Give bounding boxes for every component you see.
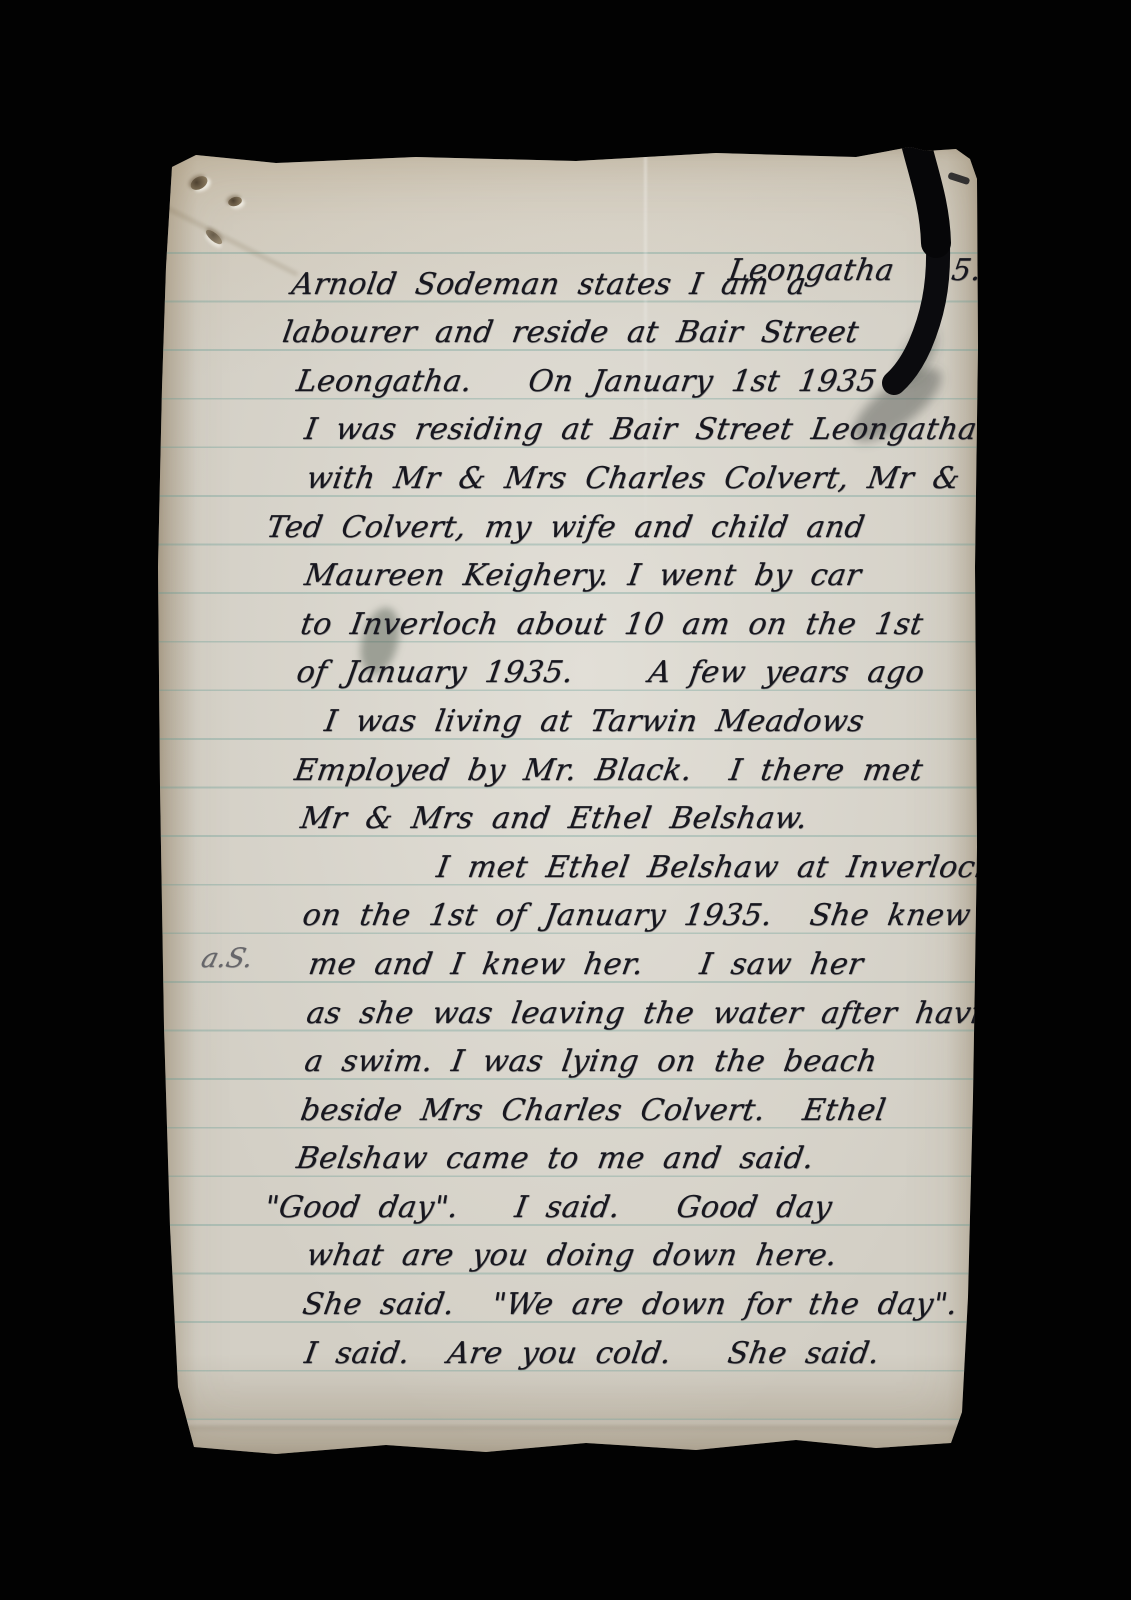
pin-hole [188, 173, 210, 192]
margin-initials: a.S. [198, 943, 257, 974]
handwritten-line: what are you doing down here. [302, 1238, 988, 1287]
handwritten-line: Belshaw came to me and said. [292, 1141, 988, 1190]
handwritten-line: I said. Are you cold. She said. [300, 1336, 988, 1385]
handwritten-line: Arnold Sodeman states I am a [287, 267, 988, 316]
photo-stage: Leongatha5. 12. 35 Arnold Sodeman states… [0, 0, 1131, 1600]
handwritten-line: on the 1st of January 1935. She knew [298, 898, 988, 947]
handwritten-line: She said. "We are down for the day". [298, 1287, 988, 1336]
handwritten-line: of January 1935. A few years ago [292, 655, 988, 704]
handwritten-line: I was living at Tarwin Meadows [320, 704, 988, 753]
handwritten-line: I met Ethel Belshaw at Inverloch [432, 850, 988, 899]
handwritten-line: I was residing at Bair Street Leongatha [300, 412, 988, 461]
handwritten-text: Leongatha5. 12. 35 Arnold Sodeman states… [156, 218, 980, 1384]
dateline: Leongatha5. 12. 35 [578, 218, 988, 267]
handwritten-line: to Inverloch about 10 am on the 1st [296, 607, 988, 656]
handwritten-line: Employed by Mr. Black. I there met [290, 753, 988, 802]
handwritten-line: Ted Colvert, my wife and child and [262, 510, 988, 559]
handwritten-line: Leongatha. On January 1st 1935 [292, 364, 988, 413]
handwritten-line: beside Mrs Charles Colvert. Ethel [296, 1093, 988, 1142]
handwritten-line: "Good day". I said. Good day [260, 1190, 988, 1239]
pin-hole [227, 195, 243, 207]
document-page: Leongatha5. 12. 35 Arnold Sodeman states… [156, 147, 980, 1459]
handwritten-line: Maureen Keighery. I went by car [300, 558, 988, 607]
handwritten-line: as she was leaving the water after havin… [302, 996, 988, 1045]
bottom-fold-crease [166, 1421, 966, 1429]
handwritten-line: Mr & Mrs and Ethel Belshaw. [296, 801, 988, 850]
handwritten-line: me and I knew her. I saw her [304, 947, 988, 996]
handwritten-line: with Mr & Mrs Charles Colvert, Mr & Mrs [302, 461, 988, 510]
handwritten-line: a swim. I was lying on the beach [300, 1044, 988, 1093]
handwritten-line: labourer and reside at Bair Street [278, 315, 988, 364]
